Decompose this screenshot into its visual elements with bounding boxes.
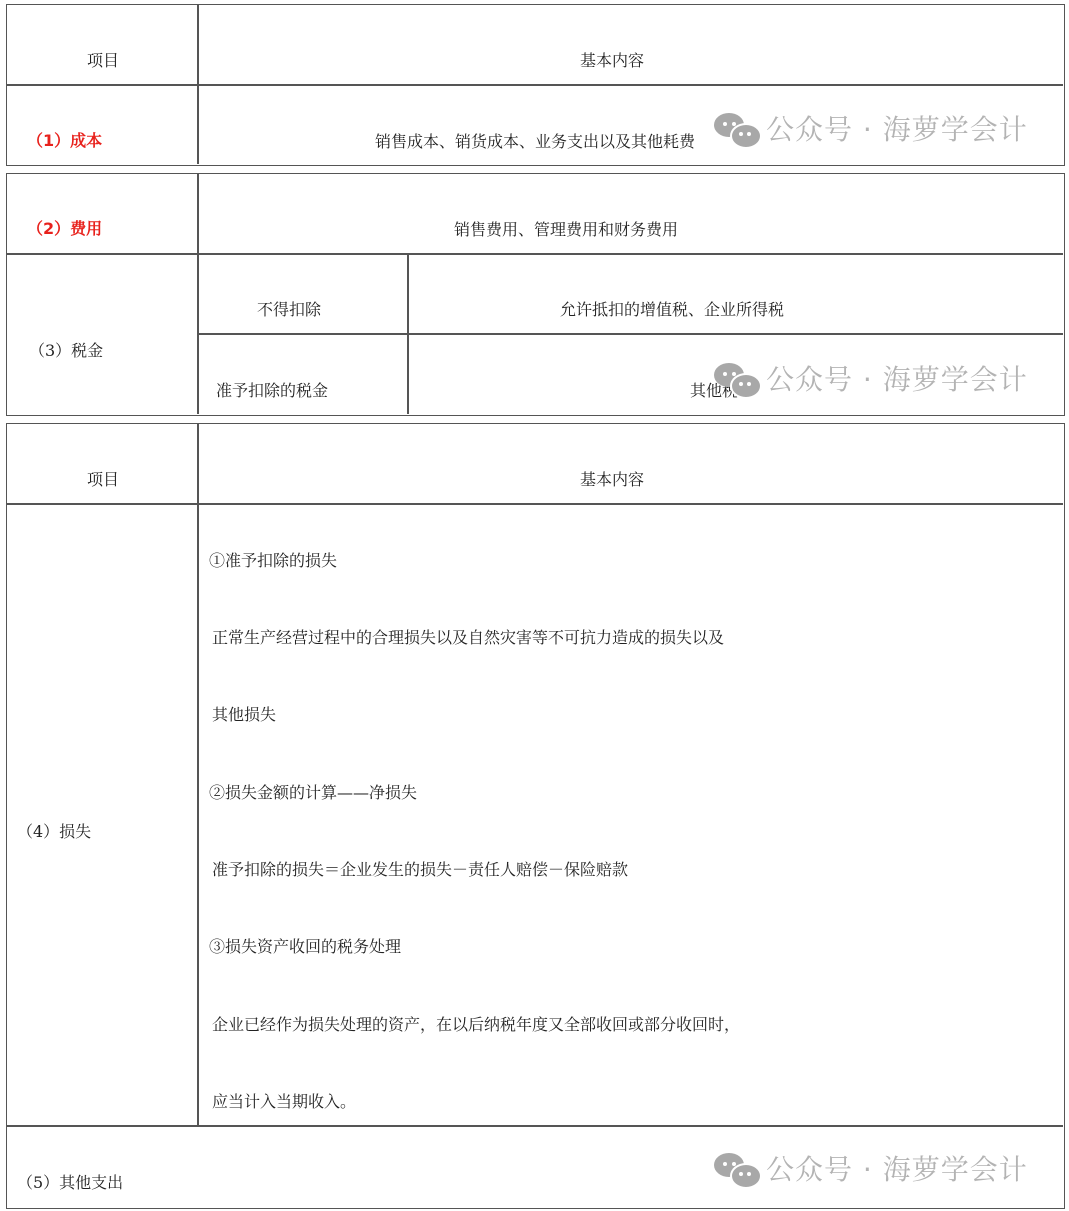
loss-line-8: 应当计入当期收入。	[212, 1089, 356, 1112]
header-content: 基本内容	[580, 467, 644, 490]
table-cost: 项目 基本内容 （1）成本 销售成本、销货成本、业务支出以及其他耗费	[6, 4, 1065, 166]
row-content-cost: 销售成本、销货成本、业务支出以及其他耗费	[375, 129, 695, 152]
column-divider	[197, 174, 199, 414]
sub-label-deductible: 准予扣除的税金	[216, 378, 328, 401]
loss-line-1: ①准予扣除的损失	[209, 548, 337, 571]
loss-line-4: ②损失金额的计算——净损失	[209, 780, 417, 803]
row-divider	[7, 84, 1063, 86]
row-content-expenses: 销售费用、管理费用和财务费用	[454, 217, 678, 240]
column-divider	[197, 424, 199, 1126]
loss-line-3: 其他损失	[212, 702, 276, 725]
subrow-divider	[198, 333, 1063, 335]
row-divider	[7, 503, 1063, 505]
row-label-losses: （4）损失	[17, 819, 91, 842]
loss-line-6: ③损失资产收回的税务处理	[209, 934, 401, 957]
loss-line-7: 企业已经作为损失处理的资产，在以后纳税年度又全部收回或部分收回时，	[212, 1012, 740, 1035]
header-item: 项目	[87, 48, 119, 71]
table-expenses-taxes: （2）费用 销售费用、管理费用和财务费用 （3）税金 不得扣除 允许抵扣的增值税…	[6, 173, 1065, 416]
row-label-other-expenses: （5）其他支出	[17, 1170, 123, 1193]
row-divider	[7, 1125, 1063, 1127]
header-content: 基本内容	[580, 48, 644, 71]
sub-content-nondeductible: 允许抵扣的增值税、企业所得税	[560, 297, 784, 320]
header-item: 项目	[87, 467, 119, 490]
row-label-cost: （1）成本	[27, 128, 102, 151]
row-label-taxes: （3）税金	[29, 338, 103, 361]
row-label-expenses: （2）费用	[27, 216, 102, 239]
row-divider	[7, 253, 1063, 255]
loss-line-2: 正常生产经营过程中的合理损失以及自然灾害等不可抗力造成的损失以及	[212, 625, 724, 648]
sub-content-deductible: 其他税金	[690, 378, 754, 401]
loss-line-5: 准予扣除的损失＝企业发生的损失－责任人赔偿－保险赔款	[212, 857, 628, 880]
table-losses: 项目 基本内容 （4）损失 ①准予扣除的损失 正常生产经营过程中的合理损失以及自…	[6, 423, 1065, 1209]
sub-label-nondeductible: 不得扣除	[257, 297, 321, 320]
